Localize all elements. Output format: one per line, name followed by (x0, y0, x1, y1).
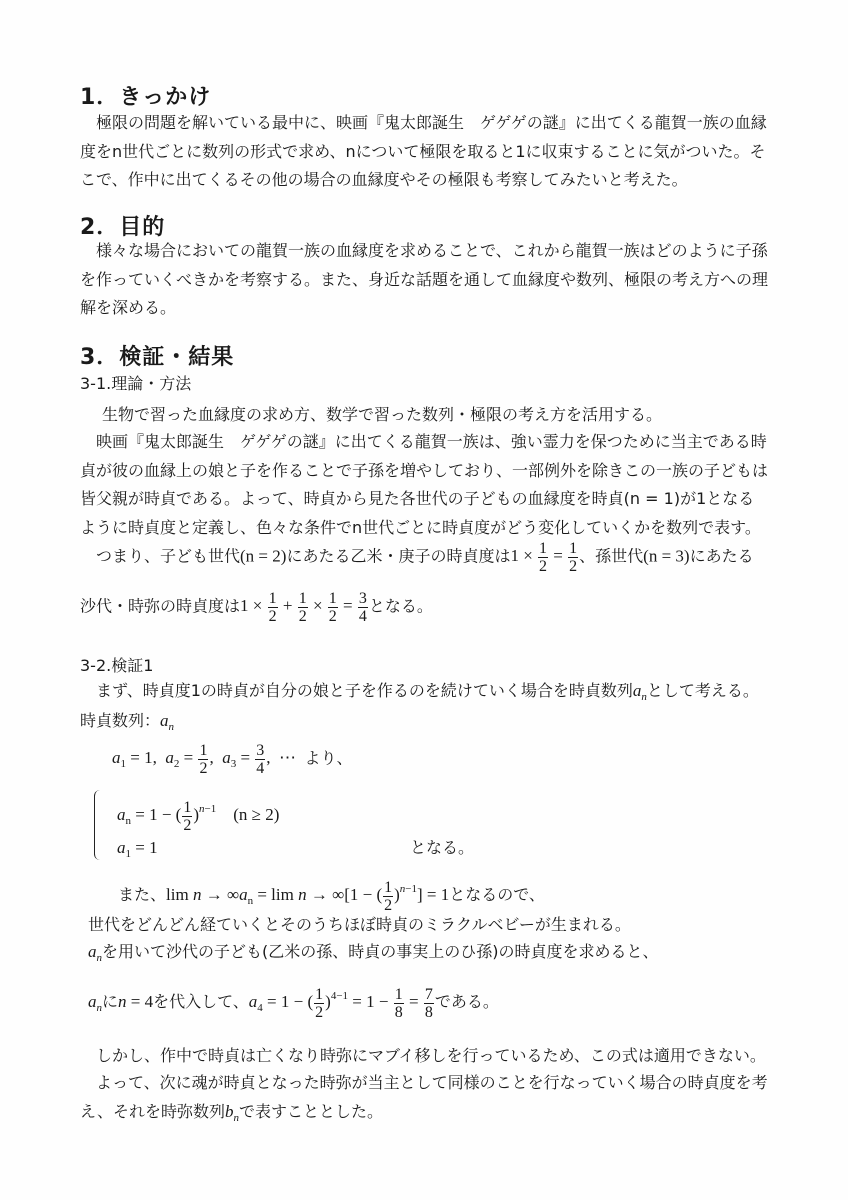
section-2-body: 様々な場合においての龍賀一族の血縁度を求めることで、これから龍賀一族はどのように… (80, 237, 770, 323)
subsection-3-1-heading: 3-1.理論・方法 (80, 371, 191, 394)
math-expr: a1 = 1, a2 = 12, a3 = 34, ⋯ (112, 748, 305, 767)
text: にあたる (690, 546, 754, 565)
theory-para-3: つまり、子ども世代(n = 2)にあたる乙米・庚子の時貞度は1 × 12 = 1… (80, 540, 786, 575)
text: にあたる乙米・庚子の時貞度は (286, 546, 510, 565)
subsection-3-2-heading: 3-2.検証1 (80, 653, 153, 676)
case-brace (94, 790, 103, 860)
math-expr: a4 = 1 − (12)4−1 = 1 − 18 = 78 (249, 992, 435, 1011)
text: で表すこととした。 (239, 1102, 383, 1121)
math-expr: an = 1 − (12)n−1 (117, 805, 233, 824)
verify-para-6: よって、次に魂が時貞となった時弥が当主として同様のことを行なっていく場合の時貞度… (80, 1069, 770, 1132)
theory-para-2: 映画『鬼太郎誕生 ゲゲゲの謎』に出てくる龍賀一族は、強い霊力を保つために当主であ… (80, 428, 770, 542)
text: を代入して、 (153, 992, 249, 1011)
text: 時貞数列： (80, 711, 160, 730)
verify-para-3: anを用いて沙代の子ども(乙米の孫、時貞の事実上のひ孫)の時貞度を求めると、 (88, 938, 778, 973)
section-1-body: 極限の問題を解いている最中に、映画『鬼太郎誕生 ゲゲゲの謎』に出てくる龍賀一族の… (80, 109, 770, 195)
text: に (102, 992, 118, 1011)
math-expr: 1 × 12 = 12 (510, 546, 579, 565)
sequence-label: 時貞数列：an (80, 707, 770, 742)
verify-para-5: しかし、作中で時貞は亡くなり時弥にマブイ移しを行っているため、この式は適用できな… (96, 1042, 786, 1071)
math-bn: bn (225, 1102, 239, 1121)
math-an: an (88, 942, 102, 961)
text: よって、次に魂が時貞となった時弥が当主として同様のことを行なっていく場合の時貞度… (80, 1073, 768, 1121)
theory-para-1: 生物で習った血縁度の求め方、数学で習った数列・極限の考え方を活用する。 (80, 401, 772, 430)
text: 沙代・時弥の時貞度は (80, 596, 240, 615)
initial-terms: a1 = 1, a2 = 12, a3 = 34, ⋯ より、 (112, 742, 802, 779)
general-term: an = 1 − (12)n−1 (n ≥ 2) (117, 795, 807, 836)
text: を用いて沙代の子ども(乙米の孫、時貞の事実上のひ孫)の時貞度を求めると、 (102, 942, 659, 961)
math-expr: 1 × 12 + 12 × 12 = 34 (240, 596, 369, 615)
tonaru: となる。 (410, 834, 610, 863)
theory-para-4: 沙代・時弥の時貞度は1 × 12 + 12 × 12 = 34となる。 (80, 590, 770, 625)
text: となるので、 (449, 885, 545, 904)
math-expr: lim n → ∞an = lim n → ∞[1 − (12)n−1] = 1 (166, 885, 449, 904)
math-expr: a1 = 1 (117, 838, 158, 857)
math-an: an (88, 992, 102, 1011)
text: また、 (118, 885, 166, 904)
limit-line: また、lim n → ∞an = lim n → ∞[1 − (12)n−1] … (118, 875, 808, 916)
section-1-heading: 1．きっかけ (80, 80, 211, 111)
verify-para-2: 世代をどんどん経ていくとそのうちほぼ時貞のミラクルベビーが生まれる。 (88, 911, 778, 940)
math-an: an (160, 711, 174, 730)
section-3-heading: 3．検証・結果 (80, 340, 234, 371)
math-n3: (n = 3) (643, 546, 689, 565)
verify-para-4: anにn = 4を代入して、a4 = 1 − (12)4−1 = 1 − 18 … (88, 982, 778, 1023)
text: となる。 (369, 596, 433, 615)
text: である。 (435, 992, 499, 1011)
text: まず、時貞度1の時貞が自分の娘と子を作るのを続けていく場合を時貞数列 (96, 681, 633, 700)
text: つまり、子ども世代 (96, 546, 240, 565)
text: として考える。 (647, 681, 759, 700)
condition: (n ≥ 2) (233, 805, 279, 824)
math-an: an (633, 681, 647, 700)
text: 、孫世代 (579, 546, 643, 565)
math-expr: n = 4 (118, 992, 153, 1011)
math-n2: (n = 2) (240, 546, 286, 565)
text: より、 (305, 748, 353, 767)
